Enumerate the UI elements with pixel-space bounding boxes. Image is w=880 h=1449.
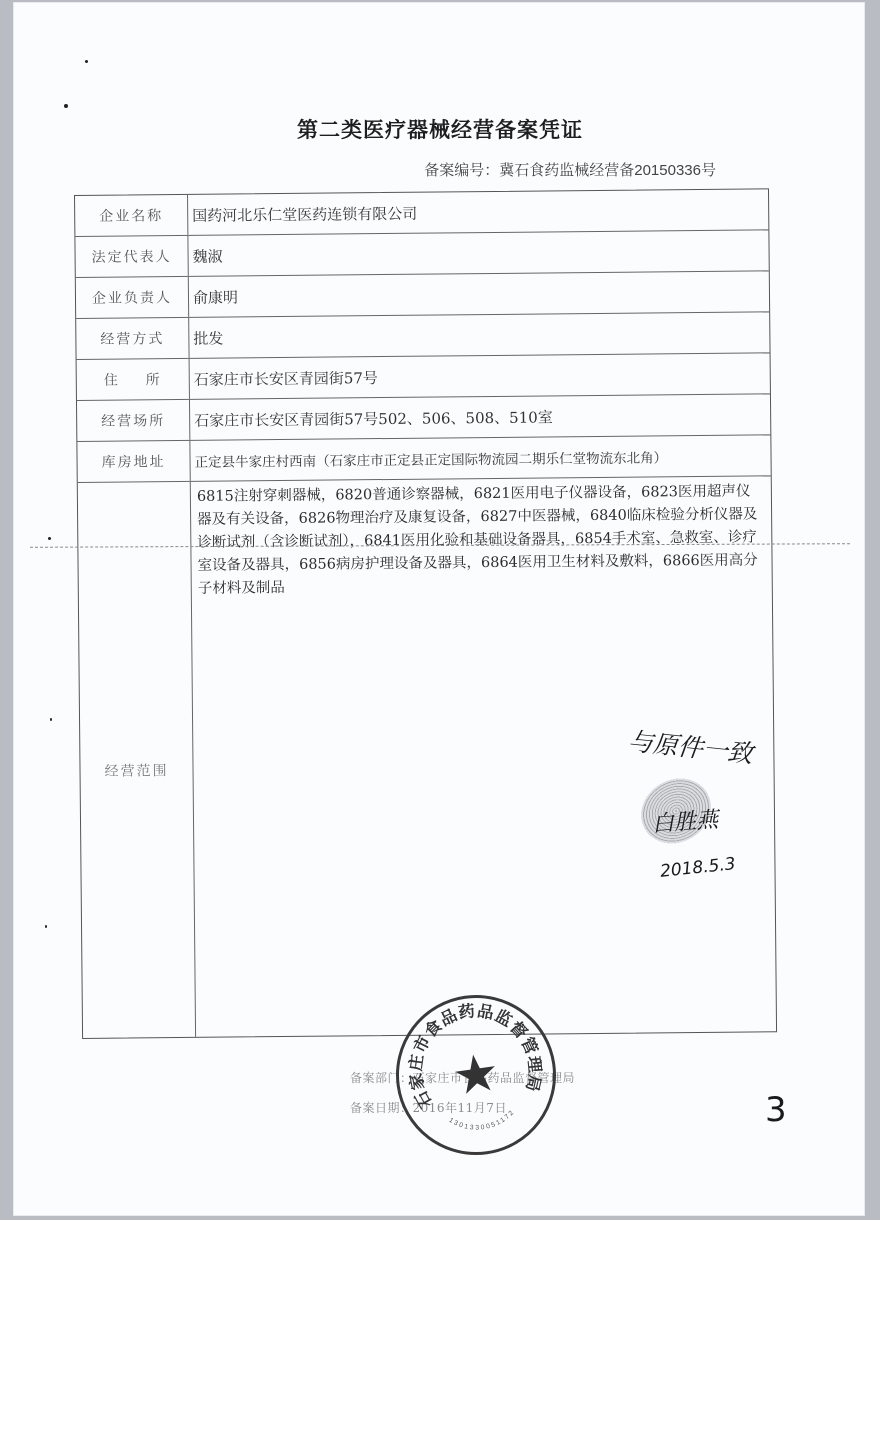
signature: 白胜燕 bbox=[651, 803, 719, 839]
scan-speck bbox=[50, 718, 52, 721]
record-number: 备案编号：冀石食药监械经营备20150336号 bbox=[424, 159, 716, 180]
table-row-warehouse-address: 库房地址 正定县牛家庄村西南（石家庄市正定县正定国际物流园二期乐仁堂物流东北角） bbox=[77, 435, 770, 483]
table-row-business-premises: 经营场所 石家庄市长安区青园街57号502、506、508、510室 bbox=[77, 394, 770, 442]
record-number-label: 备案编号： bbox=[424, 161, 499, 179]
row-value: 俞康明 bbox=[189, 271, 769, 317]
row-value: 石家庄市长安区青园街57号 bbox=[190, 353, 770, 399]
scan-speck bbox=[48, 537, 51, 540]
row-value: 魏淑 bbox=[188, 230, 768, 276]
row-label: 经营范围 bbox=[78, 482, 196, 1038]
svg-text:1301330051172: 1301330051172 bbox=[447, 1108, 519, 1136]
row-label: 企业名称 bbox=[75, 195, 188, 236]
row-label: 经营方式 bbox=[76, 318, 189, 359]
table-row-domicile: 住 所 石家庄市长安区青园街57号 bbox=[77, 353, 770, 401]
table-row-legal-representative: 法定代表人 魏淑 bbox=[75, 230, 768, 278]
row-label: 经营场所 bbox=[77, 400, 190, 441]
row-label: 住 所 bbox=[77, 359, 190, 400]
row-label: 库房地址 bbox=[77, 441, 190, 482]
scan-background: 第二类医疗器械经营备案凭证 备案编号：冀石食药监械经营备20150336号 企业… bbox=[0, 0, 880, 1220]
row-value: 批发 bbox=[189, 312, 769, 358]
record-number-digits: 20150336 bbox=[634, 162, 701, 179]
scan-speck bbox=[64, 104, 68, 108]
record-number-prefix: 冀石食药监械经营备 bbox=[499, 161, 634, 179]
document-page: 第二类医疗器械经营备案凭证 备案编号：冀石食药监械经营备20150336号 企业… bbox=[13, 2, 865, 1216]
star-icon: ★ bbox=[449, 1046, 502, 1104]
registration-table: 企业名称 国药河北乐仁堂医药连锁有限公司 法定代表人 魏淑 企业负责人 俞康明 … bbox=[74, 188, 777, 1039]
row-label: 企业负责人 bbox=[76, 277, 189, 318]
record-number-suffix: 号 bbox=[701, 161, 716, 179]
row-value: 国药河北乐仁堂医药连锁有限公司 bbox=[188, 189, 768, 235]
table-row-business-mode: 经营方式 批发 bbox=[76, 312, 769, 360]
scan-speck bbox=[85, 60, 88, 63]
page-number: 3 bbox=[765, 1090, 787, 1130]
document-title: 第二类医疗器械经营备案凭证 bbox=[0, 114, 880, 144]
scan-speck bbox=[45, 925, 47, 928]
table-row-company-name: 企业名称 国药河北乐仁堂医药连锁有限公司 bbox=[75, 189, 768, 237]
row-value: 石家庄市长安区青园街57号502、506、508、510室 bbox=[190, 394, 770, 440]
row-label: 法定代表人 bbox=[75, 236, 188, 277]
row-value: 正定县牛家庄村西南（石家庄市正定县正定国际物流园二期乐仁堂物流东北角） bbox=[190, 435, 770, 481]
official-seal: 石家庄市食品药品监督管理局 1301330051172 ★ bbox=[386, 985, 567, 1166]
table-row-person-in-charge: 企业负责人 俞康明 bbox=[76, 271, 769, 319]
